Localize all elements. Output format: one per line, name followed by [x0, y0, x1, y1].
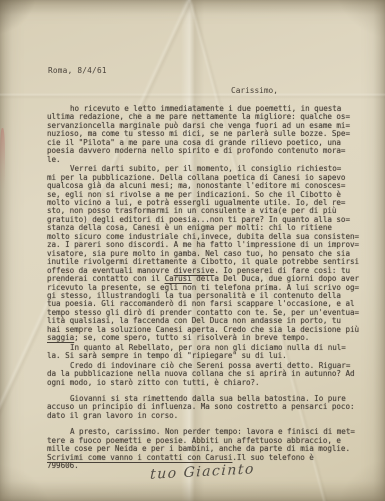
text: prenderai contatto con il: [47, 274, 165, 283]
paragraph: Giovanni si sta rimettendo dalla sua bel…: [47, 395, 369, 420]
letter-line: le.: [47, 156, 369, 164]
letter-line: saggia; se, come spero, tutto si risolve…: [47, 334, 369, 342]
paragraph: Verrei darti subito, per il momento, il …: [47, 165, 369, 343]
text: .Il suo telefono è: [232, 453, 313, 462]
letter-page: Roma, 8/4/61 Carissimo, ho ricevuto e le…: [0, 0, 385, 501]
text: ; se, come spero, tutto si risolverà in …: [74, 333, 309, 342]
paragraph: ho ricevuto e letto immediatamente i due…: [47, 105, 369, 164]
paragraph: Credo di indovinare ciò che Sereni possa…: [47, 362, 369, 387]
letter-date: Roma, 8/4/61: [48, 66, 107, 75]
underlined-text: saggia: [47, 333, 74, 342]
paragraph: In quanto al Rebellato, per ora non gli …: [47, 344, 369, 361]
letter-body: ho ricevuto e letto immediatamente i due…: [47, 104, 369, 471]
letter-salutation: Carissimo,: [231, 86, 278, 95]
letter-line: ogni modo, io starò zitto con tutti, è c…: [47, 379, 369, 387]
letter-line: poesia davvero moderna nello spirito e d…: [47, 147, 369, 155]
letter-line: dato il gran lavoro in corso.: [47, 412, 369, 420]
letter-line: la. Si sarà sempre in tempo di "ripiegar…: [47, 352, 369, 360]
edge-stain: [0, 128, 5, 192]
underlined-text: Carusi: [165, 274, 192, 283]
letter-line: Scrivimi come vanno i contatti con Carus…: [47, 454, 369, 462]
text: della Del Duca, due giorni dopo aver: [192, 274, 359, 283]
